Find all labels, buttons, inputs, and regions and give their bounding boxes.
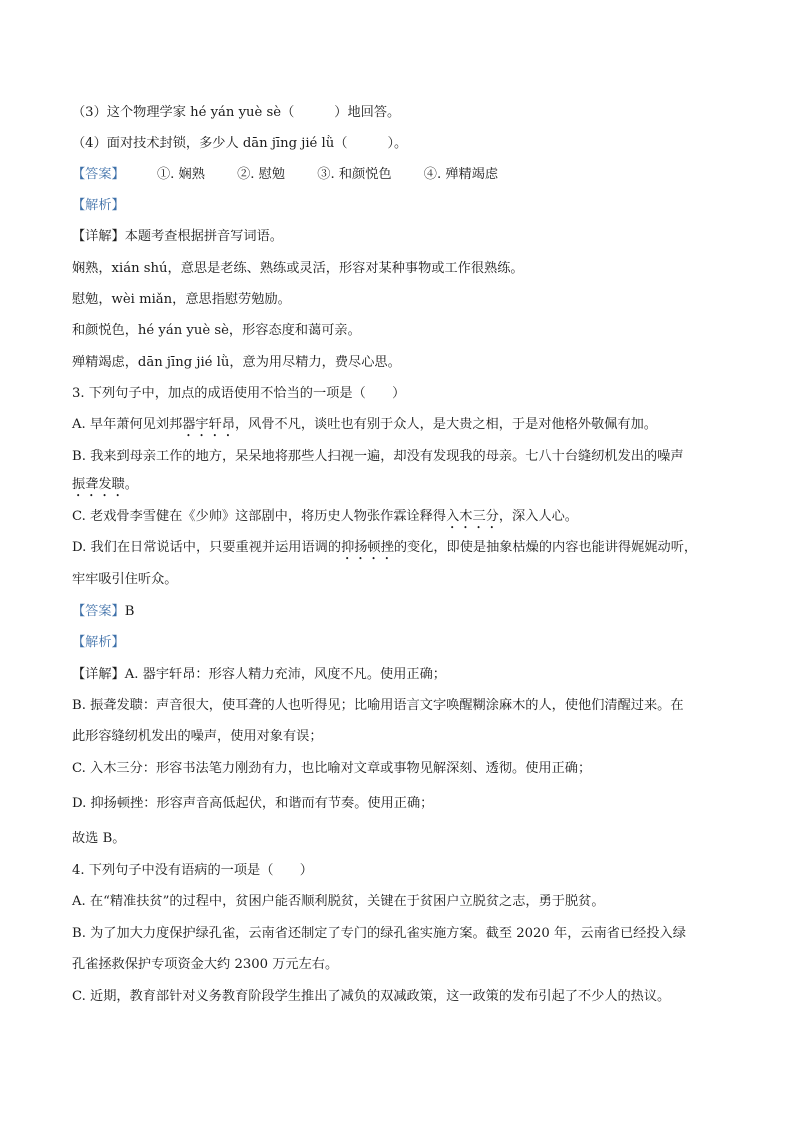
explanation-line: D. 抑扬顿挫：形容声音高低起伏，和谐而有节奏。使用正确；	[72, 795, 433, 813]
explanation-line: 慰勉，wèi miǎn，意思指慰劳勉励。	[72, 291, 291, 309]
answer-item-3: ③. 和颜悦色	[317, 166, 391, 184]
explanation-line: 殚精竭虑，dān jīng jié lǜ，意为用尽精力，费尽心思。	[72, 354, 401, 372]
question-3-option-d-line1: D. 我们在日常说话中，只要重视并运用语调的抑扬顿挫的变化，即使是抽象枯燥的内容…	[72, 539, 697, 563]
explanation-line: C. 入木三分：形容书法笔力刚劲有力，也比喻对文章或事物见解深刻、透彻。使用正确…	[72, 760, 591, 778]
detail-text: A. 器宇轩昂：形容人精力充沛，风度不凡。使用正确；	[125, 667, 446, 682]
answer-item-4: ④. 殚精竭虑	[424, 166, 498, 184]
answer-tag: 【答案】	[72, 167, 125, 182]
explanation-line: B. 振聋发聩：声音很大，使耳聋的人也听得见；比喻用语言文字唤醒糊涂麻木的人，使…	[72, 697, 684, 715]
explanation-line: 娴熟，xián shú，意思是老练、熟练或灵活，形容对某种事物或工作很熟练。	[72, 260, 524, 278]
sub-question-4: （4）面对技术封锁，多少人 dān jīng jié lǜ（）。	[72, 135, 407, 153]
question-3-option-b-line2: 振聋发聩。	[72, 476, 138, 500]
question-3-option-b-line1: B. 我来到母亲工作的地方，呆呆地将那些人扫视一遍，却没有发现我的母亲。七八十台…	[72, 448, 684, 466]
sub-question-3-end: ）地回答。	[334, 105, 400, 120]
dotted-idiom: 器宇轩昂	[182, 417, 235, 432]
option-text: ，深入人心。	[499, 509, 578, 524]
answer-block-2: 【答案】B	[72, 603, 134, 621]
option-text: D. 我们在日常说话中，只要重视并运用语调的	[72, 540, 341, 555]
detail-line-1: 【详解】本题考查根据拼音写词语。	[72, 228, 283, 246]
option-text: 。	[125, 477, 138, 492]
answer-item-1: ①. 娴熟	[157, 166, 205, 184]
sub-question-4-text: （4）面对技术封锁，多少人 dān jīng jié lǜ（	[72, 136, 347, 151]
answer-tag: 【答案】	[72, 604, 125, 619]
question-3-option-a: A. 早年萧何见刘邦器宇轩昂，风骨不凡，谈吐也有别于众人，是大贵之相，于是对他格…	[72, 416, 657, 440]
answer-item-2: ②. 慰勉	[237, 166, 285, 184]
detail-line-2: 【详解】A. 器宇轩昂：形容人精力充沛，风度不凡。使用正确；	[72, 666, 446, 684]
dotted-idiom: 入木三分	[446, 509, 499, 524]
sub-question-4-end: ）。	[387, 136, 407, 151]
explanation-line: 此形容缝纫机发出的噪声，使用对象有误；	[72, 728, 323, 746]
option-text: C. 老戏骨李雪健在《少帅》这部剧中，将历史人物张作霖诠释得	[72, 509, 446, 524]
question-4-option-b-line1: B. 为了加大力度保护绿孔雀，云南省还制定了专门的绿孔雀实施方案。截至 2020…	[72, 925, 686, 943]
conclusion-line: 故选 B。	[72, 830, 125, 848]
question-3-option-c: C. 老戏骨李雪健在《少帅》这部剧中，将历史人物张作霖诠释得入木三分，深入人心。	[72, 508, 578, 532]
option-text: ，风骨不凡，谈吐也有别于众人，是大贵之相，于是对他格外敬佩有加。	[235, 417, 657, 432]
question-3-stem: 3. 下列句子中，加点的成语使用不恰当的一项是（ ）	[72, 385, 405, 403]
dotted-idiom: 抑扬顿挫	[341, 540, 394, 555]
question-4-option-c: C. 近期，教育部针对义务教育阶段学生推出了减负的双减政策，这一政策的发布引起了…	[72, 988, 670, 1006]
question-4-option-a: A. 在“精准扶贫”的过程中，贫困户能否顺利脱贫，关键在于贫困户立脱贫之志，勇于…	[72, 893, 605, 911]
analysis-tag-2: 【解析】	[72, 634, 125, 652]
question-4-option-b-line2: 孔雀拯救保护专项资金大约 2300 万元左右。	[72, 956, 338, 974]
sub-question-3: （3）这个物理学家 hé yán yuè sè（）地回答。	[72, 104, 400, 122]
analysis-tag-1: 【解析】	[72, 197, 125, 215]
question-3-option-d-line2: 牢牢吸引住听众。	[72, 571, 178, 589]
dotted-idiom: 振聋发聩	[72, 477, 125, 492]
detail-tag: 【详解】	[72, 667, 125, 682]
detail-text: 本题考查根据拼音写词语。	[125, 229, 283, 244]
option-text: 的变化，即使是抽象枯燥的内容也能讲得娓娓动听，	[394, 540, 697, 555]
explanation-line: 和颜悦色，hé yán yuè sè，形容态度和蔼可亲。	[72, 322, 361, 340]
answer-block-1: 【答案】 ①. 娴熟 ②. 慰勉 ③. 和颜悦色 ④. 殚精竭虑	[72, 166, 498, 184]
question-4-stem: 4. 下列句子中没有语病的一项是（ ）	[72, 862, 313, 880]
answer-value: B	[125, 604, 135, 619]
option-text: A. 早年萧何见刘邦	[72, 417, 182, 432]
detail-tag: 【详解】	[72, 229, 125, 244]
sub-question-3-text: （3）这个物理学家 hé yán yuè sè（	[72, 105, 294, 120]
